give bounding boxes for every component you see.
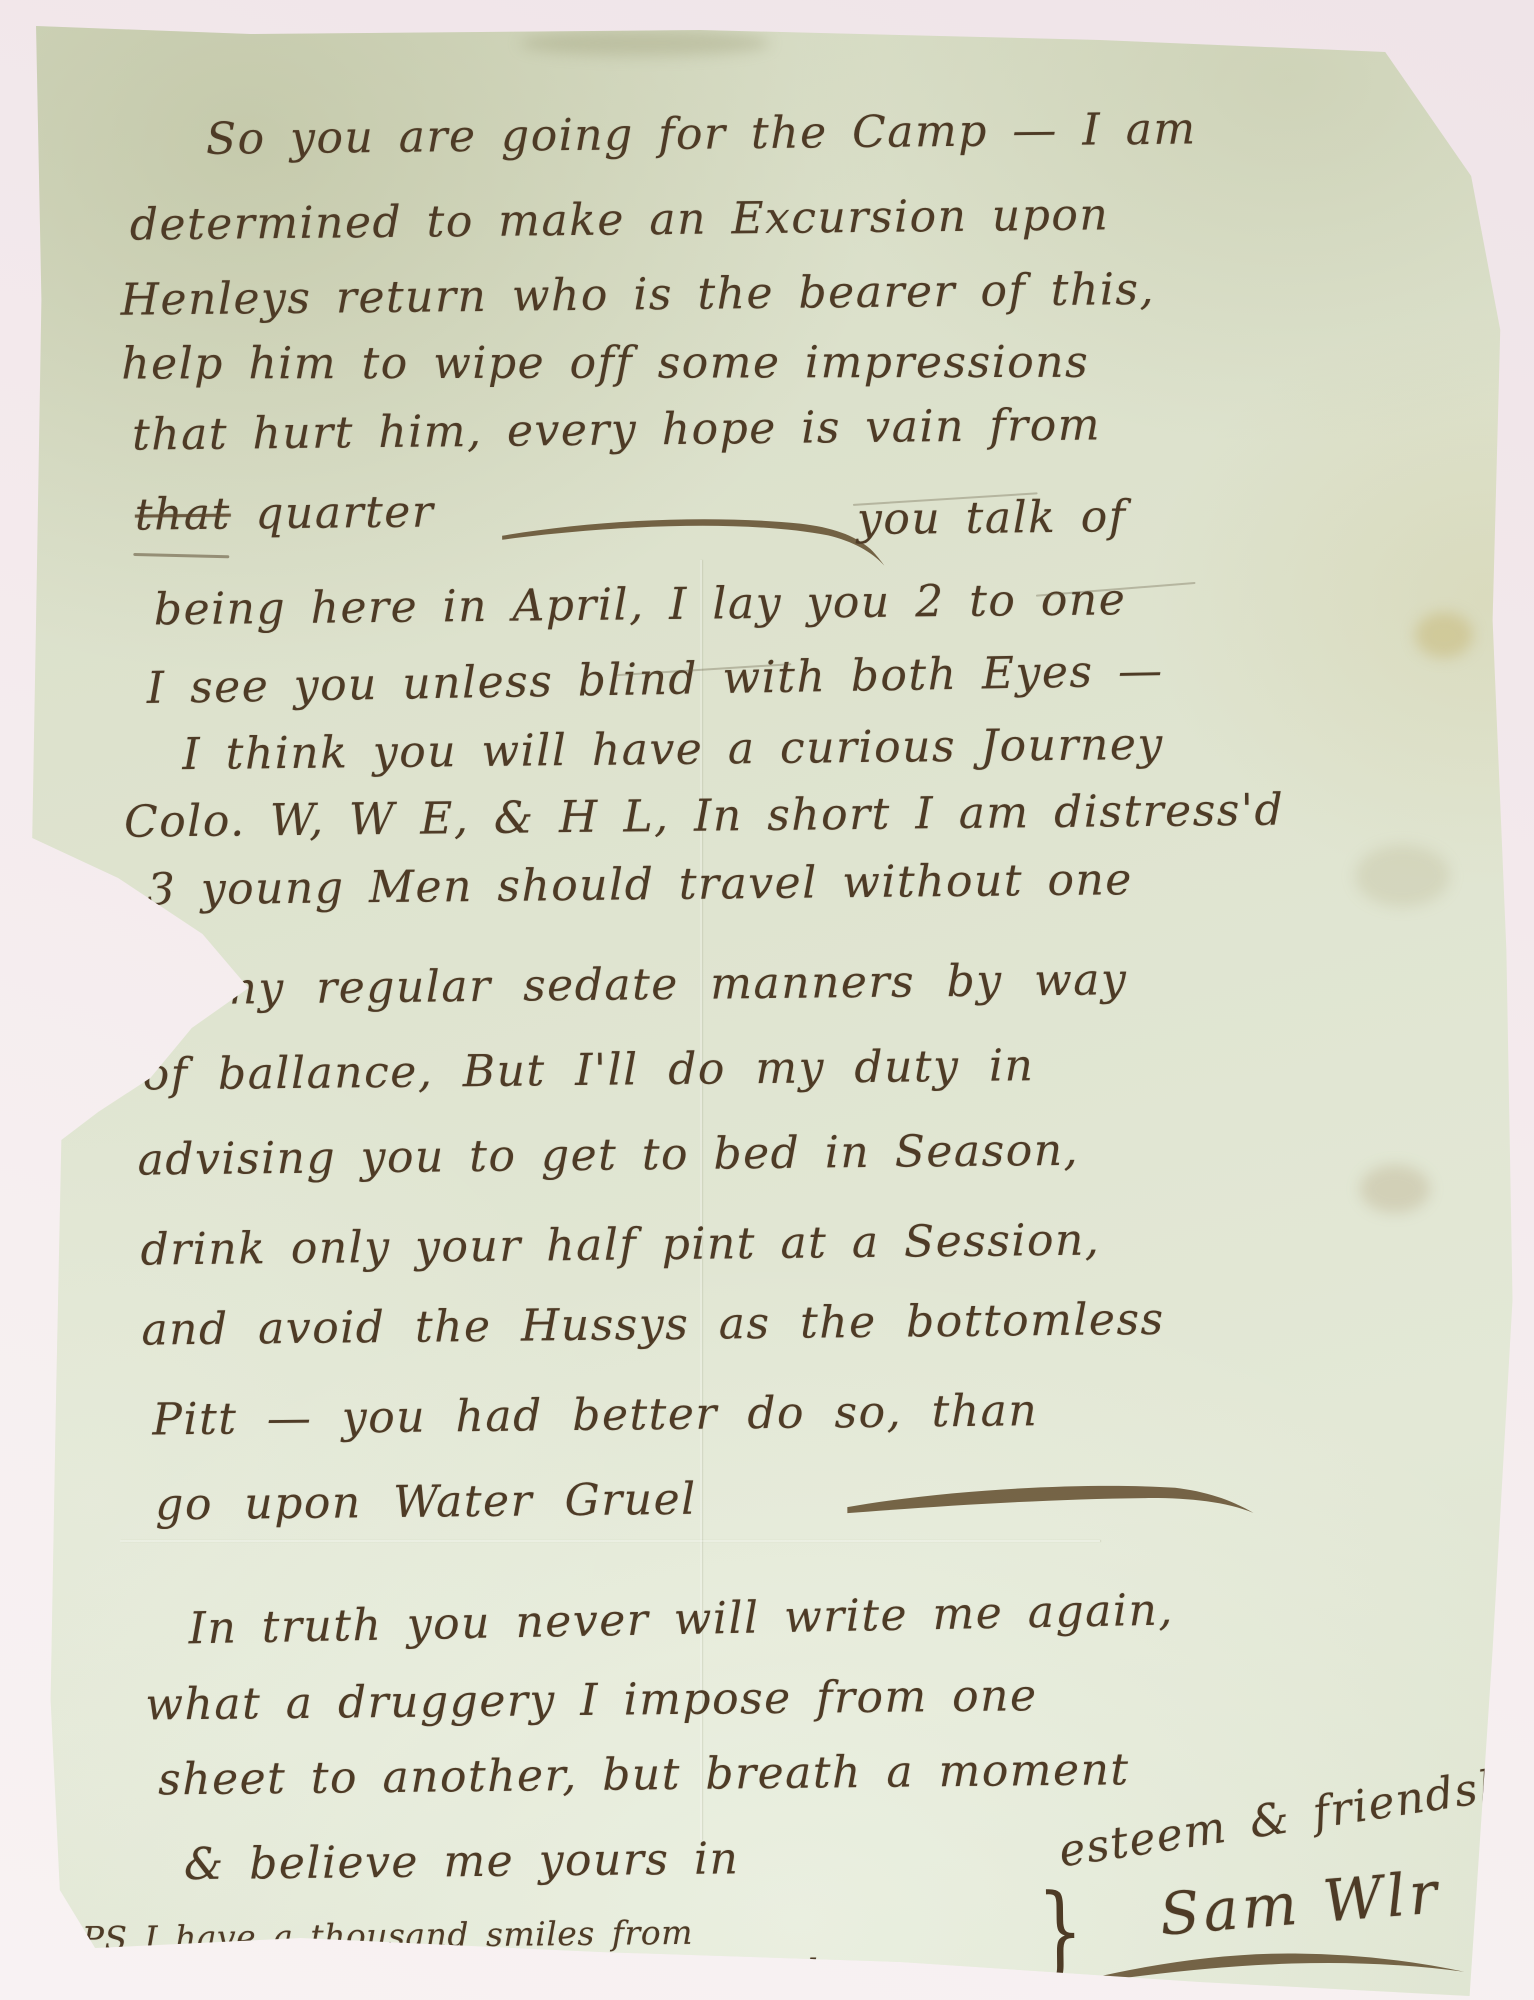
letter-line: of my regular sedate manners by way	[138, 954, 1128, 1015]
signature: Sam Wlr	[1157, 1858, 1443, 1948]
letter-line: help him to wipe off some impressions	[121, 337, 1089, 390]
pen-flourish	[845, 1473, 1266, 1533]
letter-line: So you are going for the Camp — I am	[206, 103, 1197, 164]
postscript-line: PS I have a thousand smiles from	[82, 1913, 694, 1958]
letter-line: determined to make an Excursion upon	[130, 189, 1110, 250]
struck-word: that	[135, 489, 231, 541]
postscript-line: Miss S —— & known to be your friend	[112, 1952, 818, 1998]
letter-line: what a druggery I impose from one	[145, 1670, 1038, 1730]
letter-line: Colo. W, W E, & H L, In short I am distr…	[124, 785, 1285, 848]
letter-line: I think you will have a curious Journey	[182, 719, 1164, 780]
quarter-word: quarter	[255, 486, 435, 539]
letter-line: go upon Water Gruel	[155, 1474, 697, 1531]
postscript-brace: }	[1037, 1872, 1084, 1990]
letter-line: advising you to get to bed in Season,	[137, 1125, 1079, 1186]
signature-flourish	[1080, 1938, 1470, 1988]
letter-line: 3 young Men should travel without one	[147, 854, 1134, 915]
pen-flourish	[500, 504, 901, 572]
letter-line: Pitt — you had better do so, than	[152, 1385, 1038, 1445]
letter-line: drink only your half pint at a Session,	[140, 1215, 1100, 1276]
letter-line-quarter: that quarter	[135, 486, 435, 540]
letter-line: In truth you never will write me again,	[188, 1584, 1174, 1654]
handwritten-text: So you are going for the Camp — I am det…	[0, 0, 1534, 2000]
photo-background: So you are going for the Camp — I am det…	[0, 0, 1534, 2000]
letter-line: and avoid the Hussys as the bottomless	[141, 1294, 1165, 1356]
letter-line: sheet to another, but breath a moment	[158, 1744, 1130, 1805]
letter-line: I see you unless blind with both Eyes —	[146, 645, 1164, 714]
letter-line: being here in April, I lay you 2 to one	[154, 574, 1127, 635]
underline-mark	[133, 553, 229, 558]
letter-line: you talk of	[857, 491, 1127, 545]
letter-line: of ballance, But I'll do my duty in	[142, 1040, 1034, 1100]
letter-line: that hurt him, every hope is vain from	[132, 399, 1101, 460]
letter-line: Henleys return who is the bearer of this…	[120, 264, 1155, 326]
letter-paper: So you are going for the Camp — I am det…	[0, 0, 1534, 2000]
valediction-left: & believe me yours in	[184, 1833, 740, 1890]
